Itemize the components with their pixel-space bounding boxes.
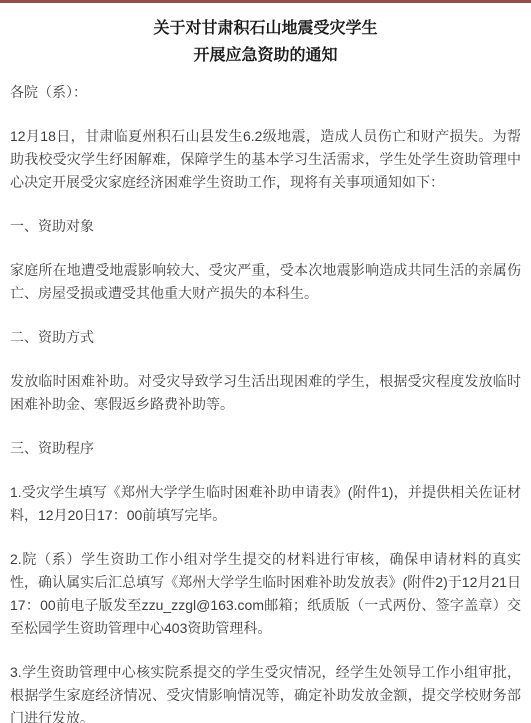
section-1-paragraph: 家庭所在地遭受地震影响较大、受灾严重，受本次地震影响造成共同生活的亲属伤亡、房屋… <box>10 259 521 305</box>
page-title-line-1: 关于对甘肃积石山地震受灾学生 <box>10 15 521 42</box>
section-3-item-2: 2.院（系）学生资助工作小组对学生提交的材料进行审核，确保申请材料的真实性，确认… <box>10 548 521 640</box>
section-3-item-3: 3.学生资助管理中心核实院系提交的学生受灾情况，经学生处领导工作小组审批，根据学… <box>10 661 521 723</box>
section-3-heading: 三、资助程序 <box>10 437 521 460</box>
section-2-paragraph: 发放临时困难补助。对受灾导致学习生活出现困难的学生，根据受灾程度发放临时困难补助… <box>10 370 521 416</box>
section-2-heading: 二、资助方式 <box>10 326 521 349</box>
section-3-item-1: 1.受灾学生填写《郑州大学学生临时困难补助申请表》(附件1)，并提供相关佐证材料… <box>10 481 521 527</box>
notice-document: 关于对甘肃积石山地震受灾学生 开展应急资助的通知 各院（系）： 12月18日，甘… <box>0 15 531 723</box>
page-title-line-2: 开展应急资助的通知 <box>10 42 521 69</box>
section-1-heading: 一、资助对象 <box>10 215 521 238</box>
top-accent-bar <box>0 0 531 3</box>
salutation: 各院（系）： <box>10 81 521 104</box>
page-title: 关于对甘肃积石山地震受灾学生 开展应急资助的通知 <box>10 15 521 69</box>
intro-paragraph: 12月18日，甘肃临夏州积石山县发生6.2级地震，造成人员伤亡和财产损失。为帮助… <box>10 125 521 194</box>
